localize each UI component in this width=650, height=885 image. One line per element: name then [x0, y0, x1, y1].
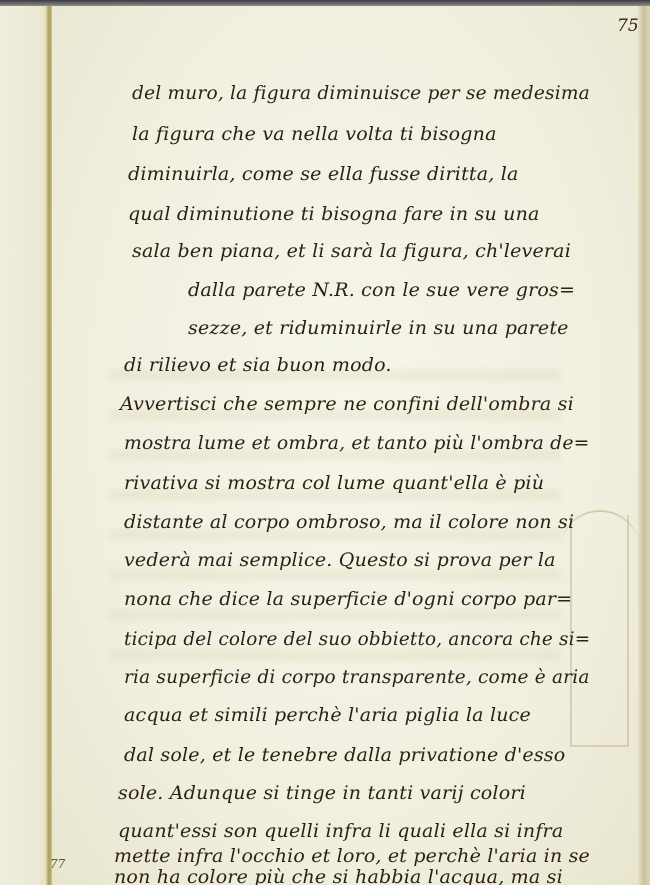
text-line: ria superficie di corpo transparente, co…: [124, 666, 590, 688]
text-line: rivativa si mostra col lume quant'ella è…: [124, 472, 544, 494]
text-line: sezze, et riduminuirle in su una parete: [188, 317, 569, 339]
text-line: dal sole, et le tenebre dalla privatione…: [124, 744, 565, 766]
text-line: non ha colore più che si habbia l'acqua,…: [114, 866, 563, 885]
text-line: di rilievo et sia buon modo.: [124, 354, 392, 376]
text-line: nona che dice la superficie d'ogni corpo…: [124, 588, 572, 610]
text-line: mette infra l'occhio et loro, et perchè …: [114, 845, 590, 867]
text-line: del muro, la figura diminuisce per se me…: [132, 82, 590, 104]
text-line: Avvertisci che sempre ne confini dell'om…: [120, 393, 574, 415]
text-line: distante al corpo ombroso, ma il colore …: [124, 511, 574, 533]
text-line: acqua et simili perchè l'aria piglia la …: [124, 704, 531, 726]
text-line: vederà mai semplice. Questo si prova per…: [124, 549, 556, 571]
text-line: qual diminutione ti bisogna fare in su u…: [128, 203, 540, 225]
text-line: sala ben piana, et li sarà la figura, ch…: [132, 240, 571, 262]
left-page: [0, 6, 48, 885]
text-line: mostra lume et ombra, et tanto più l'omb…: [124, 432, 590, 454]
text-line: la figura che va nella volta ti bisogna: [132, 123, 497, 145]
text-line: ticipa del colore del suo obbietto, anco…: [124, 628, 590, 650]
text-line: diminuirla, come se ella fusse diritta, …: [128, 163, 519, 185]
page-number: 75: [617, 16, 639, 36]
ink-bleed-through: [110, 340, 560, 660]
folio-mark: 77: [50, 857, 65, 871]
page-edge: [638, 6, 650, 885]
text-line: quant'essi son quelli infra li quali ell…: [118, 820, 563, 842]
text-line: sole. Adunque si tinge in tanti varij co…: [118, 782, 526, 804]
text-line: dalla parete N.R. con le sue vere gros=: [188, 279, 575, 301]
